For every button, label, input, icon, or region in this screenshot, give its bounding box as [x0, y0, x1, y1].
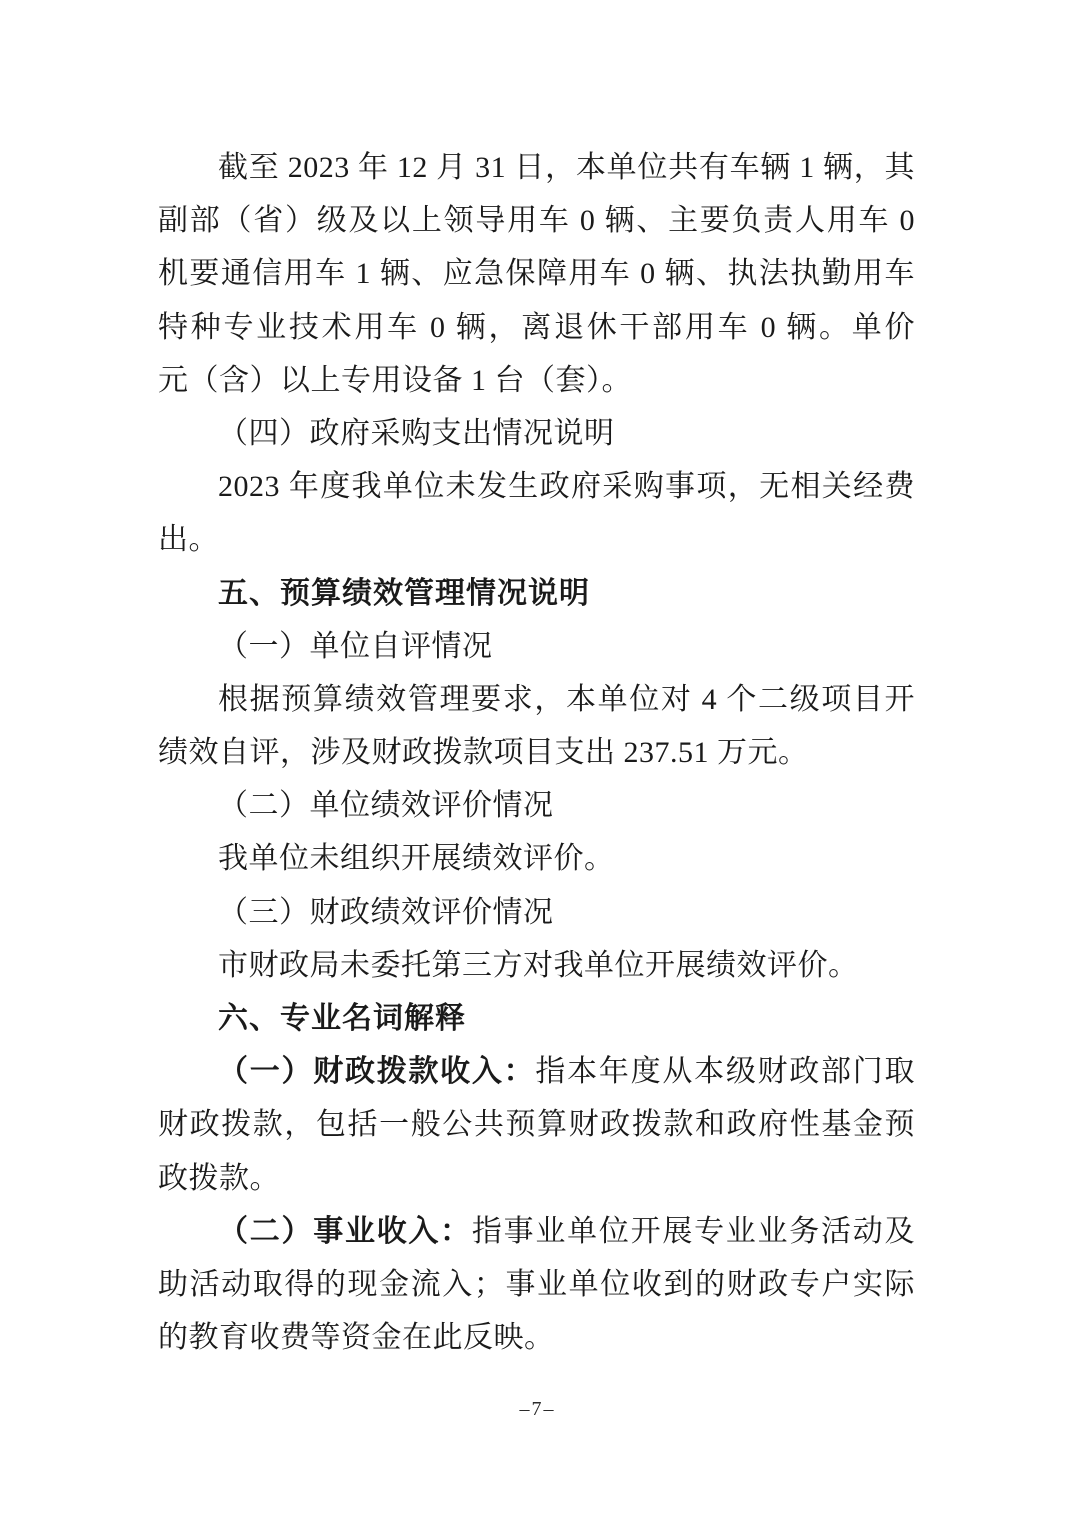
document-page: 截至 2023 年 12 月 31 日，本单位共有车辆 1 辆，其中，副部（省）…	[0, 0, 1075, 1520]
section-heading: 六、专业名词解释	[158, 992, 915, 1045]
text-line: 2023 年度我单位未发生政府采购事项，无相关经费支	[158, 460, 915, 513]
text-line: 出。	[158, 513, 915, 566]
text-line: 市财政局未委托第三方对我单位开展绩效评价。	[158, 939, 915, 992]
page-number: –7–	[0, 1398, 1075, 1421]
text-line: （二）单位绩效评价情况	[158, 779, 915, 832]
text-line: （一）单位自评情况	[158, 620, 915, 673]
text-line: 截至 2023 年 12 月 31 日，本单位共有车辆 1 辆，其中，	[158, 141, 915, 194]
term-label: （一）财政拨款收入：	[218, 1055, 535, 1088]
text-line: （四）政府采购支出情况说明	[158, 407, 915, 460]
text-line: （二）事业收入：指事业单位开展专业业务活动及其辅	[158, 1205, 915, 1258]
document-content: 截至 2023 年 12 月 31 日，本单位共有车辆 1 辆，其中，副部（省）…	[158, 141, 915, 1364]
text-line: 元（含）以上专用设备 1 台（套）。	[158, 354, 915, 407]
text-line: 财政拨款，包括一般公共预算财政拨款和政府性基金预算财	[158, 1098, 915, 1151]
text-line: 我单位未组织开展绩效评价。	[158, 832, 915, 885]
text-line: 绩效自评，涉及财政拨款项目支出 237.51 万元。	[158, 726, 915, 779]
text-line: 助活动取得的现金流入；事业单位收到的财政专户实际核拨	[158, 1258, 915, 1311]
text-line: 根据预算绩效管理要求，本单位对 4 个二级项目开展了	[158, 673, 915, 726]
text-line: 机要通信用车 1 辆、应急保障用车 0 辆、执法执勤用车 0 辆，	[158, 247, 915, 300]
text-line: （一）财政拨款收入：指本年度从本级财政部门取得的	[158, 1045, 915, 1098]
text-line: 特种专业技术用车 0 辆，离退休干部用车 0 辆。单价 100 万	[158, 301, 915, 354]
text-line: （三）财政绩效评价情况	[158, 886, 915, 939]
term-label: （二）事业收入：	[218, 1215, 472, 1248]
text-line: 政拨款。	[158, 1152, 915, 1205]
text-line: 副部（省）级及以上领导用车 0 辆、主要负责人用车 0 辆、	[158, 194, 915, 247]
text-line: 的教育收费等资金在此反映。	[158, 1311, 915, 1364]
section-heading: 五、预算绩效管理情况说明	[158, 567, 915, 620]
